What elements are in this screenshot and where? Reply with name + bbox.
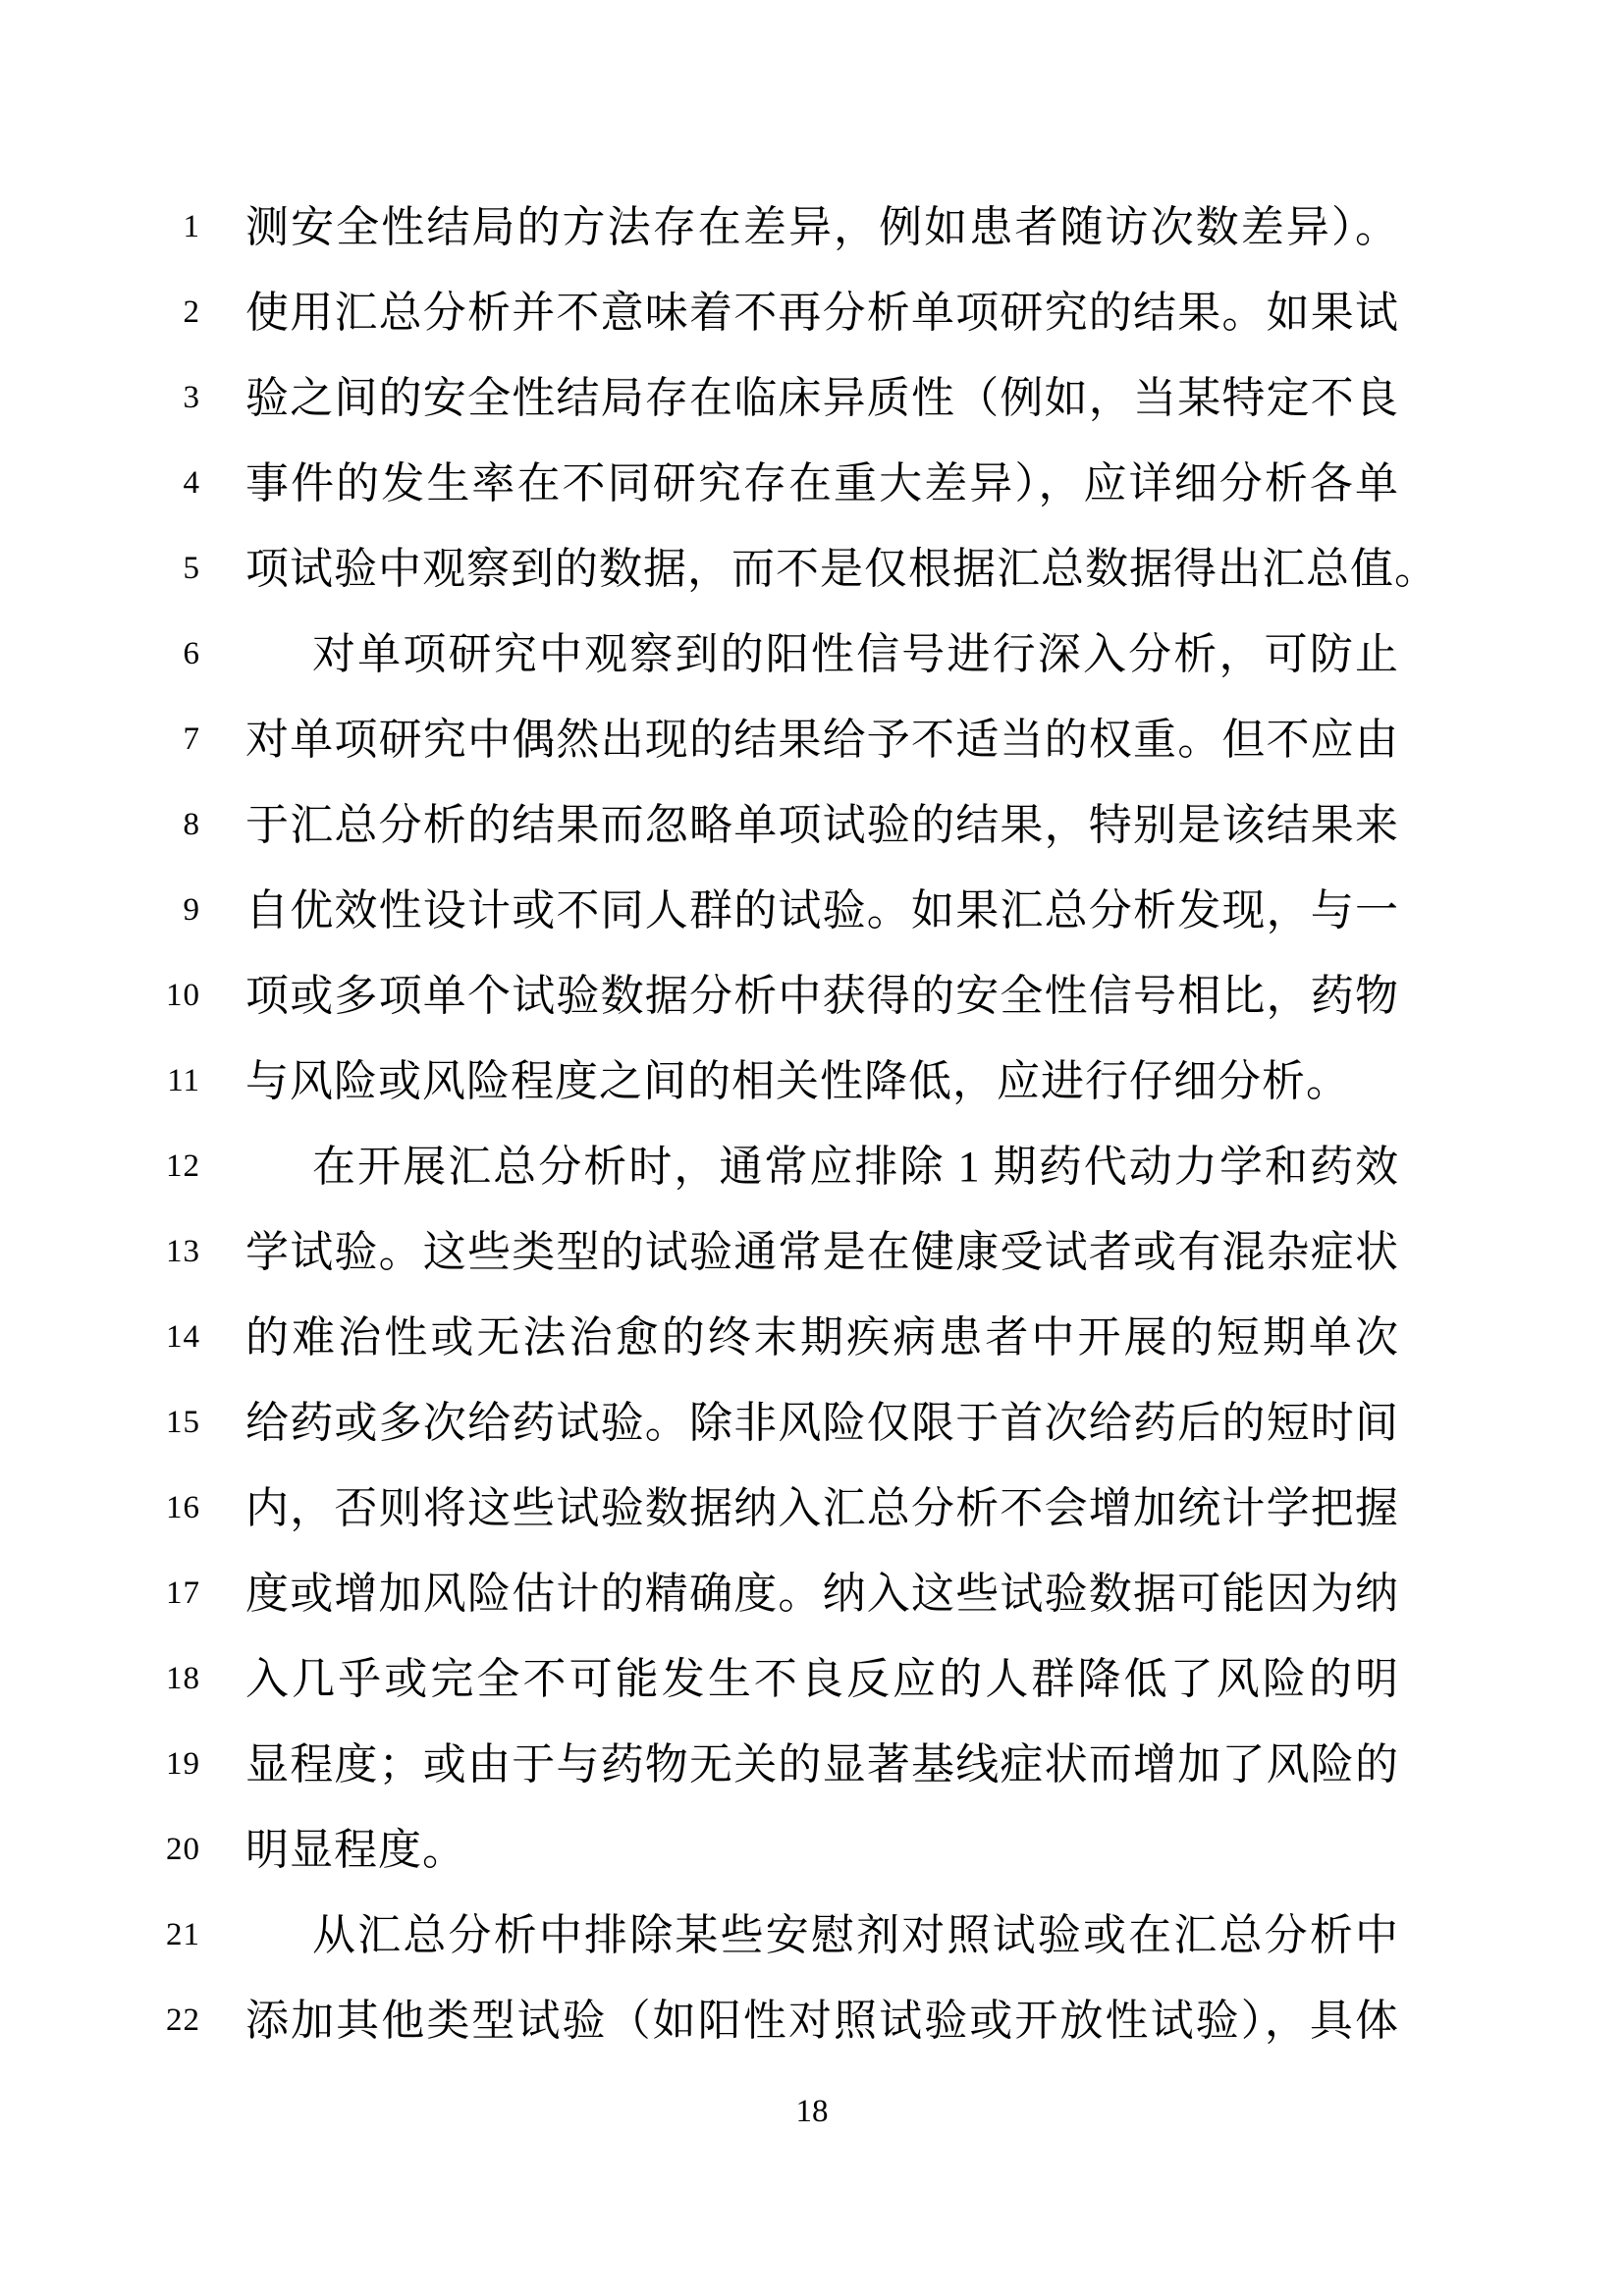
text-line: 17 度或增加风险估计的精确度。纳入这些试验数据可能因为纳 xyxy=(0,1551,1624,1636)
line-text: 的难治性或无法治愈的终末期疾病患者中开展的短期单次 xyxy=(245,1295,1399,1380)
line-text: 给药或多次给药试验。除非风险仅限于首次给药后的短时间 xyxy=(245,1380,1399,1466)
line-text: 对单项研究中偶然出现的结果给予不适当的权重。但不应由 xyxy=(245,697,1399,782)
line-text: 项试验中观察到的数据，而不是仅根据汇总数据得出汇总值。 xyxy=(245,526,1399,612)
text-line: 4 事件的发生率在不同研究存在重大差异），应详细分析各单 xyxy=(0,441,1624,526)
line-number: 15 xyxy=(116,1380,200,1466)
text-line: 12 在开展汇总分析时，通常应排除 1 期药代动力学和药效 xyxy=(0,1124,1624,1209)
line-number: 18 xyxy=(116,1636,200,1722)
text-line: 6 对单项研究中观察到的阳性信号进行深入分析，可防止 xyxy=(0,612,1624,697)
line-number: 3 xyxy=(116,355,200,441)
line-number: 10 xyxy=(116,953,200,1039)
line-text: 自优效性设计或不同人群的试验。如果汇总分析发现，与一 xyxy=(245,868,1399,953)
line-number: 14 xyxy=(116,1295,200,1380)
line-number: 21 xyxy=(116,1893,200,1978)
line-number: 5 xyxy=(116,526,200,612)
page-number: 18 xyxy=(0,2094,1624,2130)
text-line: 15 给药或多次给药试验。除非风险仅限于首次给药后的短时间 xyxy=(0,1380,1624,1466)
text-line: 19 显程度；或由于与药物无关的显著基线症状而增加了风险的 xyxy=(0,1722,1624,1807)
line-number: 2 xyxy=(116,270,200,355)
document-page: 1 测安全性结局的方法存在差异，例如患者随访次数差异）。 2 使用汇总分析并不意… xyxy=(0,0,1624,2296)
text-line: 10 项或多项单个试验数据分析中获得的安全性信号相比，药物 xyxy=(0,953,1624,1039)
text-line: 20 明显程度。 xyxy=(0,1807,1624,1893)
line-text: 对单项研究中观察到的阳性信号进行深入分析，可防止 xyxy=(245,612,1399,697)
line-text: 项或多项单个试验数据分析中获得的安全性信号相比，药物 xyxy=(245,953,1399,1039)
line-text: 使用汇总分析并不意味着不再分析单项研究的结果。如果试 xyxy=(245,270,1399,355)
line-text: 度或增加风险估计的精确度。纳入这些试验数据可能因为纳 xyxy=(245,1551,1399,1636)
line-number: 4 xyxy=(116,441,200,526)
line-text: 显程度；或由于与药物无关的显著基线症状而增加了风险的 xyxy=(245,1722,1399,1807)
text-line: 7 对单项研究中偶然出现的结果给予不适当的权重。但不应由 xyxy=(0,697,1624,782)
line-number: 9 xyxy=(116,868,200,953)
line-text: 入几乎或完全不可能发生不良反应的人群降低了风险的明 xyxy=(245,1636,1399,1722)
document-body: 1 测安全性结局的方法存在差异，例如患者随访次数差异）。 2 使用汇总分析并不意… xyxy=(0,185,1624,2063)
line-number: 12 xyxy=(116,1124,200,1209)
line-number: 13 xyxy=(116,1209,200,1295)
line-number: 8 xyxy=(116,782,200,868)
text-line: 9 自优效性设计或不同人群的试验。如果汇总分析发现，与一 xyxy=(0,868,1624,953)
text-line: 13 学试验。这些类型的试验通常是在健康受试者或有混杂症状 xyxy=(0,1209,1624,1295)
line-text: 在开展汇总分析时，通常应排除 1 期药代动力学和药效 xyxy=(245,1124,1399,1209)
line-number: 1 xyxy=(116,185,200,270)
text-line: 14 的难治性或无法治愈的终末期疾病患者中开展的短期单次 xyxy=(0,1295,1624,1380)
line-text: 从汇总分析中排除某些安慰剂对照试验或在汇总分析中 xyxy=(245,1893,1399,1978)
line-text: 与风险或风险程度之间的相关性降低，应进行仔细分析。 xyxy=(245,1039,1399,1124)
text-line: 5 项试验中观察到的数据，而不是仅根据汇总数据得出汇总值。 xyxy=(0,526,1624,612)
text-line: 2 使用汇总分析并不意味着不再分析单项研究的结果。如果试 xyxy=(0,270,1624,355)
line-text: 于汇总分析的结果而忽略单项试验的结果，特别是该结果来 xyxy=(245,782,1399,868)
line-number: 7 xyxy=(116,697,200,782)
line-text: 内，否则将这些试验数据纳入汇总分析不会增加统计学把握 xyxy=(245,1466,1399,1551)
line-text: 明显程度。 xyxy=(245,1807,1399,1893)
line-number: 11 xyxy=(116,1039,200,1124)
line-text: 学试验。这些类型的试验通常是在健康受试者或有混杂症状 xyxy=(245,1209,1399,1295)
line-number: 19 xyxy=(116,1722,200,1807)
line-text: 测安全性结局的方法存在差异，例如患者随访次数差异）。 xyxy=(245,185,1399,270)
line-number: 6 xyxy=(116,612,200,697)
text-line: 18 入几乎或完全不可能发生不良反应的人群降低了风险的明 xyxy=(0,1636,1624,1722)
text-line: 22 添加其他类型试验（如阳性对照试验或开放性试验），具体 xyxy=(0,1978,1624,2063)
text-line: 3 验之间的安全性结局存在临床异质性（例如，当某特定不良 xyxy=(0,355,1624,441)
line-number: 16 xyxy=(116,1466,200,1551)
text-line: 11 与风险或风险程度之间的相关性降低，应进行仔细分析。 xyxy=(0,1039,1624,1124)
text-line: 21 从汇总分析中排除某些安慰剂对照试验或在汇总分析中 xyxy=(0,1893,1624,1978)
line-text: 事件的发生率在不同研究存在重大差异），应详细分析各单 xyxy=(245,441,1399,526)
text-line: 16 内，否则将这些试验数据纳入汇总分析不会增加统计学把握 xyxy=(0,1466,1624,1551)
line-number: 22 xyxy=(116,1978,200,2063)
text-line: 1 测安全性结局的方法存在差异，例如患者随访次数差异）。 xyxy=(0,185,1624,270)
line-text: 添加其他类型试验（如阳性对照试验或开放性试验），具体 xyxy=(245,1978,1399,2063)
text-line: 8 于汇总分析的结果而忽略单项试验的结果，特别是该结果来 xyxy=(0,782,1624,868)
line-text: 验之间的安全性结局存在临床异质性（例如，当某特定不良 xyxy=(245,355,1399,441)
line-number: 17 xyxy=(116,1551,200,1636)
line-number: 20 xyxy=(116,1807,200,1893)
